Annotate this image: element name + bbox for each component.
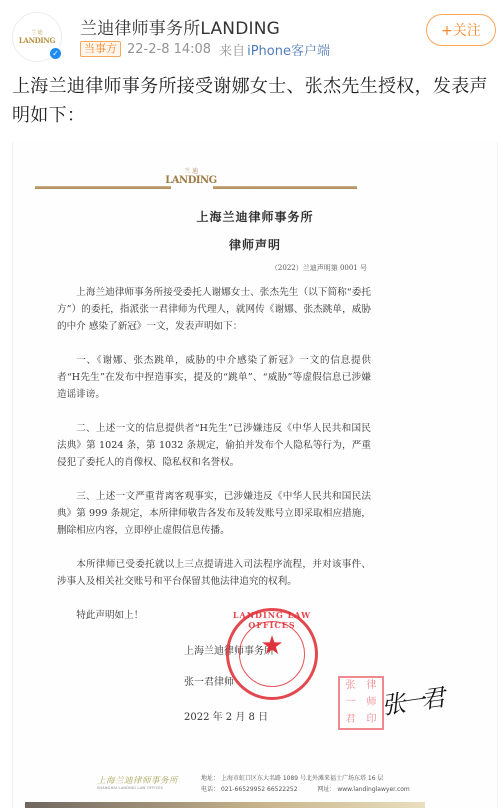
letterhead-cn: 兰 迪: [163, 168, 219, 175]
phone-value: 021-66529952 66522252: [221, 786, 298, 793]
party-badge: 当事方: [80, 41, 121, 57]
stamp-char: 张: [346, 681, 356, 691]
footer-logo: 上海兰迪律师事务所 SHANGHAI LANDING LAW OFFICES: [97, 774, 178, 790]
address-label: 地址：: [201, 775, 219, 782]
letterhead-mark: 兰 迪 LANDING: [163, 168, 219, 187]
footer-contact: 地址： 上海市虹口区东大名路 1089 号北外滩来福士广场东塔 16 层 电话：…: [201, 773, 410, 795]
paragraph-intro: 上海兰迪律师事务所接受委托人谢娜女士、张杰先生（以下简称“委托方”）的委托，指派…: [57, 284, 371, 335]
address-value: 上海市虹口区东大名路 1089 号北外滩来福士广场东塔 16 层: [221, 775, 384, 782]
lawyer-seal-stamp: 张 律 一 师 君 印: [338, 676, 384, 730]
document-title: 律师声明: [13, 236, 497, 253]
letterhead-logo: 兰 迪 LANDING: [13, 162, 497, 192]
letterhead-rule-left: [35, 186, 171, 189]
post-timestamp: 22-2-8 14:08: [127, 42, 211, 57]
statement-image[interactable]: 兰 迪 LANDING 上海兰迪律师事务所 律师声明 （2022）兰迪声明第 0…: [12, 142, 498, 808]
signature-date: 2022 年 2 月 8 日: [184, 708, 268, 723]
paragraph-reservation: 本所律师已受委托就以上三点提请进入司法程序流程，并对该事件、涉事人及相关社交账号…: [57, 556, 371, 590]
footer-gradient-bar: [25, 802, 425, 808]
source-prefix: 来自: [219, 40, 245, 59]
letterhead-rule-right: [213, 186, 357, 189]
stamp-char: 印: [367, 715, 377, 725]
paragraph-point-1: 一、《谢娜、张杰跳单，威胁的中介感染了新冠》一文的信息提供者“H先生”在发布中捏…: [57, 352, 371, 403]
footer-logo-cn: 上海兰迪律师事务所: [97, 774, 178, 786]
document-firm-name: 上海兰迪律师事务所: [13, 208, 497, 225]
stamp-char: 律: [367, 681, 377, 691]
firm-seal-stamp: LANDING LAW OFFICES ★: [226, 608, 318, 700]
star-icon: ★: [229, 631, 315, 661]
source-client-link[interactable]: iPhone客户端: [247, 40, 330, 59]
signature-block: 上海兰迪律师事务所 张一君律师 2022 年 2 月 8 日 LANDING L…: [13, 622, 497, 782]
stamp-char: 师: [367, 698, 377, 708]
post-meta: 当事方 22-2-8 14:08 来自 iPhone客户端: [80, 40, 330, 58]
letterhead-en: LANDING: [163, 175, 219, 187]
post-header: 兰 迪 LANDING ✓ 兰迪律师事务所LANDING 当事方 22-2-8 …: [0, 0, 504, 68]
footer-phone-line: 电话： 021-66529952 66522252 网址： www.landin…: [201, 784, 410, 795]
footer-address-line: 地址： 上海市虹口区东大名路 1089 号北外滩来福士广场东塔 16 层: [201, 773, 410, 784]
document-footer: 上海兰迪律师事务所 SHANGHAI LANDING LAW OFFICES 地…: [13, 760, 497, 800]
post-text: 上海兰迪律师事务所接受谢娜女士、张杰先生授权，发表声明如下：: [12, 72, 496, 130]
author-name[interactable]: 兰迪律师事务所LANDING: [80, 14, 280, 39]
web-label: 网址：: [317, 786, 335, 793]
signature-lawyer: 张一君律师: [184, 673, 234, 688]
document-body: 上海兰迪律师事务所接受委托人谢娜女士、张杰先生（以下简称“委托方”）的委托，指派…: [57, 284, 371, 624]
follow-button[interactable]: +关注: [426, 14, 496, 46]
document-ref-number: （2022）兰迪声明第 0001 号: [271, 263, 367, 273]
footer-logo-en: SHANGHAI LANDING LAW OFFICES: [97, 786, 178, 790]
phone-label: 电话：: [201, 786, 219, 793]
paragraph-point-3: 三、上述一文严重背离客观事实，已涉嫌违反《中华人民共和国民法典》第 999 条规…: [57, 488, 371, 539]
verified-v-icon: ✓: [48, 46, 63, 61]
stamp-char: 君: [346, 715, 356, 725]
avatar-logo-en: LANDING: [19, 36, 55, 45]
stamp-char: 一: [346, 698, 356, 708]
web-value: www.landinglawyer.com: [337, 786, 409, 793]
handwritten-signature: 张一君: [379, 678, 443, 721]
paragraph-point-2: 二、上述一文的信息提供者“H先生”已涉嫌违反《中华人民共和国民法典》第 1024…: [57, 420, 371, 471]
